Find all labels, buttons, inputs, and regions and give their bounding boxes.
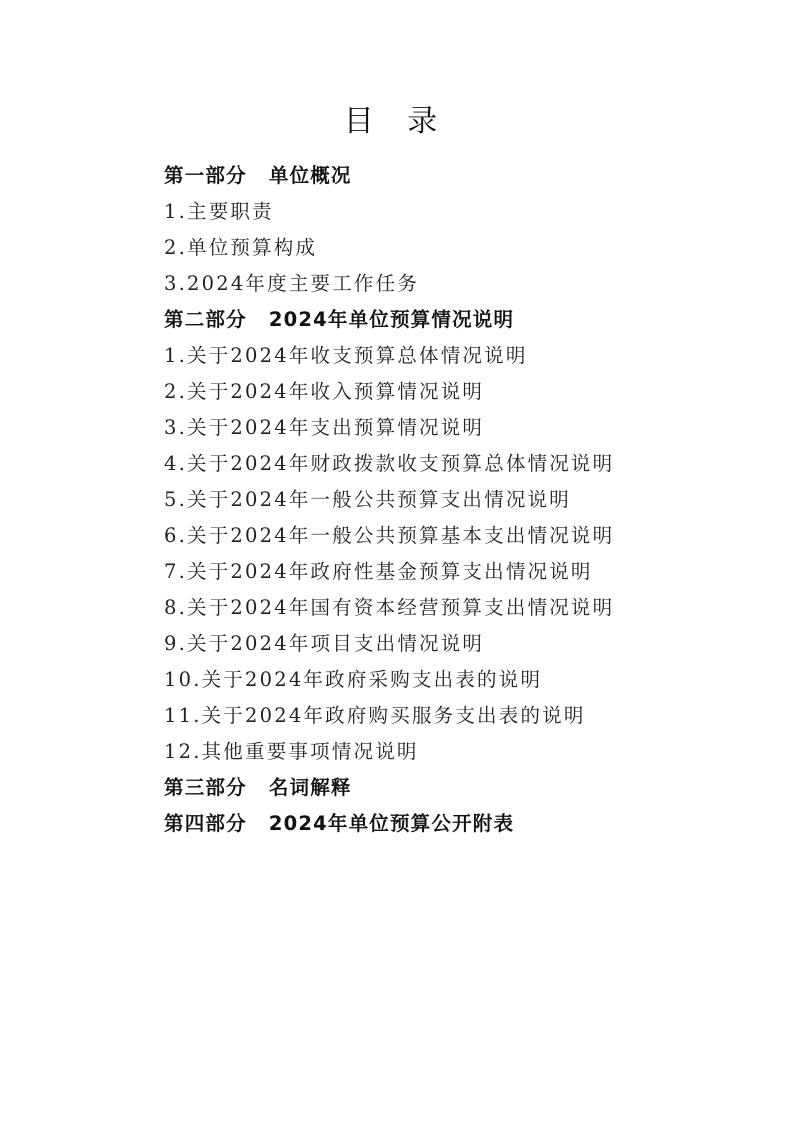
toc-part-2[interactable]: 第二部分2024年单位预算情况说明 xyxy=(164,304,664,340)
toc-item[interactable]: 1.主要职责 xyxy=(164,196,664,232)
table-of-contents: 第一部分单位概况 1.主要职责 2.单位预算构成 3.2024年度主要工作任务 … xyxy=(164,160,664,844)
part-title: 2024年单位预算情况说明 xyxy=(269,308,514,331)
part-title: 单位概况 xyxy=(269,164,352,187)
toc-item[interactable]: 10.关于2024年政府采购支出表的说明 xyxy=(164,664,664,700)
toc-item[interactable]: 2.单位预算构成 xyxy=(164,232,664,268)
page-title: 目 录 xyxy=(0,96,793,140)
toc-part-1[interactable]: 第一部分单位概况 xyxy=(164,160,664,196)
toc-item[interactable]: 9.关于2024年项目支出情况说明 xyxy=(164,628,664,664)
toc-item[interactable]: 8.关于2024年国有资本经营预算支出情况说明 xyxy=(164,592,664,628)
part-label: 第一部分 xyxy=(164,164,247,187)
toc-item[interactable]: 2.关于2024年收入预算情况说明 xyxy=(164,376,664,412)
toc-item[interactable]: 6.关于2024年一般公共预算基本支出情况说明 xyxy=(164,520,664,556)
part-title: 2024年单位预算公开附表 xyxy=(269,812,514,835)
toc-part-4[interactable]: 第四部分2024年单位预算公开附表 xyxy=(164,808,664,844)
part-label: 第四部分 xyxy=(164,812,247,835)
toc-item[interactable]: 4.关于2024年财政拨款收支预算总体情况说明 xyxy=(164,448,664,484)
part-label: 第三部分 xyxy=(164,776,247,799)
toc-item[interactable]: 1.关于2024年收支预算总体情况说明 xyxy=(164,340,664,376)
toc-part-3[interactable]: 第三部分名词解释 xyxy=(164,772,664,808)
part-title: 名词解释 xyxy=(269,776,352,799)
toc-item[interactable]: 11.关于2024年政府购买服务支出表的说明 xyxy=(164,700,664,736)
toc-item[interactable]: 7.关于2024年政府性基金预算支出情况说明 xyxy=(164,556,664,592)
toc-item[interactable]: 3.关于2024年支出预算情况说明 xyxy=(164,412,664,448)
part-label: 第二部分 xyxy=(164,308,247,331)
toc-item[interactable]: 5.关于2024年一般公共预算支出情况说明 xyxy=(164,484,664,520)
toc-item[interactable]: 3.2024年度主要工作任务 xyxy=(164,268,664,304)
toc-item[interactable]: 12.其他重要事项情况说明 xyxy=(164,736,664,772)
